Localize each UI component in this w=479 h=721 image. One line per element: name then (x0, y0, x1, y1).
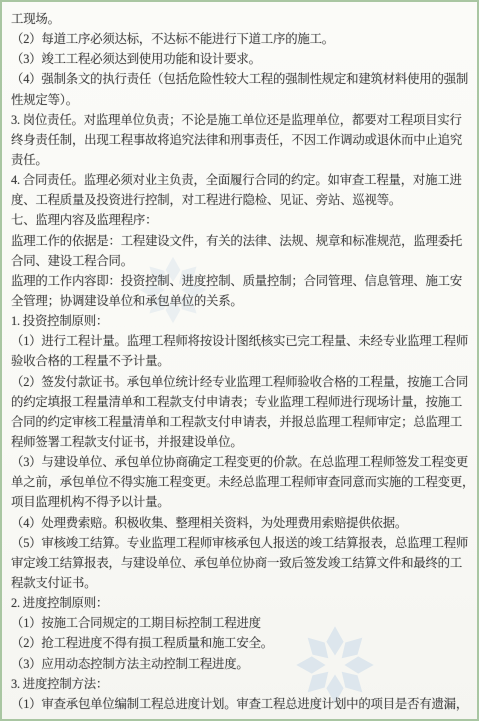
document-line: 3. 进度控制方法： (11, 674, 471, 694)
document-line: 监理工作的依据是：工程建设文件，有关的法律、法规、规章和标准规范，监理委托 (11, 231, 471, 251)
document-line: 验收合格的工程量不予计量。 (11, 351, 471, 371)
document-line: 七、监理内容及监理程序： (11, 210, 471, 230)
document-line: 合同、建设工程合同。 (11, 251, 471, 271)
document-line: （1）按施工合同规定的工期目标控制工程进度 (11, 613, 471, 633)
document-line: 单之前，承包单位不得实施工程变更。未经总监理工程师审查同意而实施的工程变更， (11, 472, 471, 492)
document-line: 工现场。 (11, 9, 471, 29)
document-line: （2）签发付款证书。承包单位统计经专业监理工程师验收合格的工程量，按施工合同 (11, 372, 471, 392)
document-line: （1）审查承包单位编制工程总进度计划。审查工程总进度计划中的项目是否有遗漏， (11, 694, 471, 714)
document-line: 责任。 (11, 150, 471, 170)
document-line: 全管理；协调建设单位和承包单位的关系。 (11, 291, 471, 311)
document-line: （2）每道工序必须达标，不达标不能进行下道工序的施工。 (11, 29, 471, 49)
document-line: （1）进行工程计量。监理工程师将按设计图纸核实已完工程量、未经专业监理工程师 (11, 331, 471, 351)
document-text: 工现场。 （2）每道工序必须达标，不达标不能进行下道工序的施工。 （3）竣工工程… (2, 2, 477, 714)
document-line: （3）竣工工程必须达到使用功能和设计要求。 (11, 49, 471, 69)
document-line: 度、工程质量及投资进行控制，对工程进行隐检、见证、旁站、巡视等。 (11, 190, 471, 210)
document-line: （3）应用动态控制方法主动控制工程进度。 (11, 654, 471, 674)
document-line: 性规定等）。 (11, 90, 471, 110)
document-line: 终身责任制，出现工程事故将追究法律和刑事责任，不因工作调动或退休而中止追究 (11, 130, 471, 150)
document-line: 审定竣工结算报表，与建设单位、承包单位协商一致后签发竣工结算文件和最终的工 (11, 553, 471, 573)
document-line: （5）审核竣工结算。专业监理工程师审核承包人报送的竣工结算报表，总监理工程师 (11, 533, 471, 553)
document-line: 4. 合同责任。监理必须对业主负责，全面履行合同的约定。如审查工程量，对施工进 (11, 170, 471, 190)
document-line: （3）与建设单位、承包单位协商确定工程变更的价款。在总监理工程师签发工程变更 (11, 452, 471, 472)
document-line: （4）强制条文的执行责任（包括危险性较大工程的强制性规定和建筑材料使用的强制 (11, 69, 471, 89)
document-line: 程师签署工程款支付证书，并报建设单位。 (11, 432, 471, 452)
document-line: （4）处理费索赔。积极收集、整理相关资料，为处理费用索赔提供依据。 (11, 513, 471, 533)
document-line: 监理的工作内容即：投资控制、进度控制、质量控制；合同管理、信息管理、施工安 (11, 271, 471, 291)
document-line: 合同的约定审核工程量清单和工程款支付申请表，并报总监理工程师审定；总监理工 (11, 412, 471, 432)
document-line: 项目监理机构不得予以计量。 (11, 492, 471, 512)
document-line: 1. 投资控制原则： (11, 311, 471, 331)
document-line: 的约定填报工程量清单和工程款支付申请表；专业监理工程师进行现场计量，按施工 (11, 392, 471, 412)
document-line: （2）抢工程进度不得有损工程质量和施工安全。 (11, 633, 471, 653)
scanned-document-page: 工现场。 （2）每道工序必须达标，不达标不能进行下道工序的施工。 （3）竣工工程… (0, 0, 479, 721)
document-line: 程款支付证书。 (11, 573, 471, 593)
document-line: 2. 进度控制原则： (11, 593, 471, 613)
document-line: 3. 岗位责任。对监理单位负责；不论是施工单位还是监理单位，都要对工程项目实行 (11, 110, 471, 130)
